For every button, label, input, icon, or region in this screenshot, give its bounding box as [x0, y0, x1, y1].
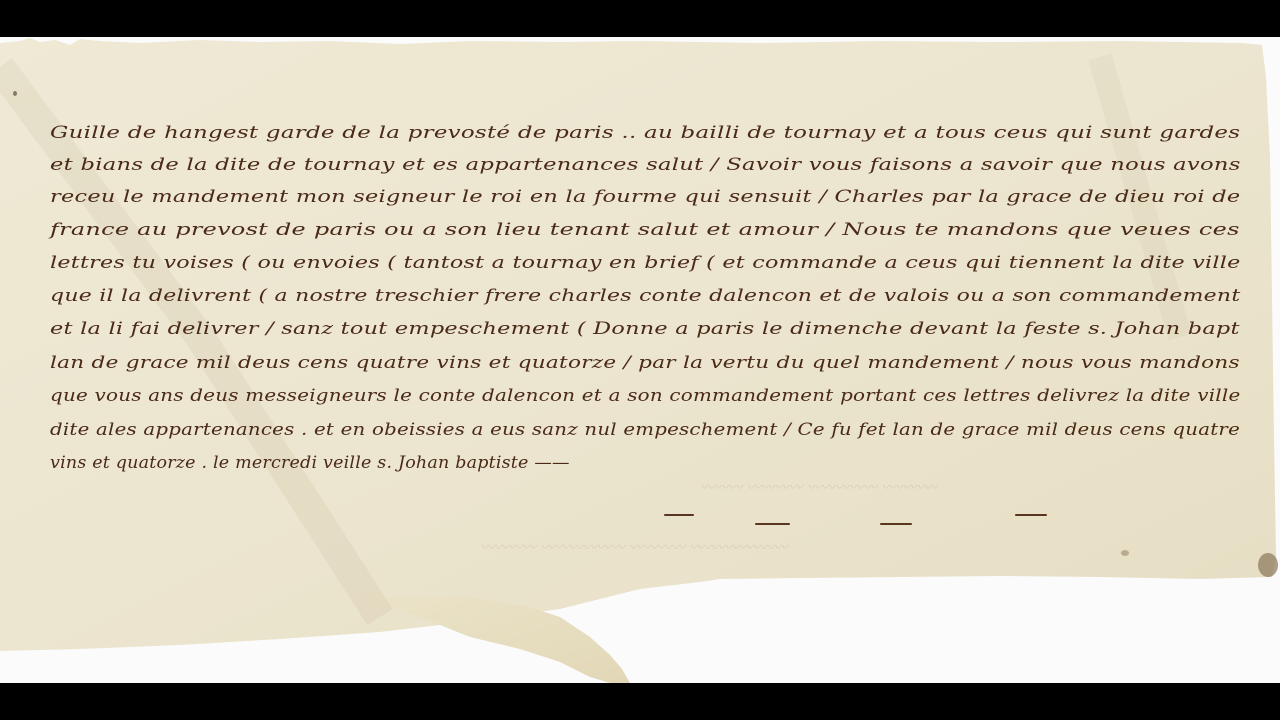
verso-show-through: 〰〰〰 〰〰〰〰 〰〰〰〰〰 〰〰〰〰 — [700, 477, 937, 497]
manuscript-line: vins et quatorze . le mercredi veille s.… — [50, 453, 570, 473]
manuscript-line: lettres tu voises ( ou envoies ( tantost… — [50, 253, 1241, 273]
manuscript-line: Guille de hangest garde de la prevosté d… — [50, 123, 1240, 143]
verso-show-through: 〰〰〰〰 〰〰〰〰〰〰 〰〰〰〰 〰〰〰〰〰〰〰 — [480, 537, 787, 557]
manuscript-line: receu le mandement mon seigneur le roi e… — [50, 187, 1240, 207]
manuscript-line: lan de grace mil deus cens quatre vins e… — [50, 353, 1240, 373]
manuscript-line: et bians de la dite de tournay et es app… — [50, 155, 1241, 175]
manuscript-line: dite ales appartenances . et en obeissie… — [50, 420, 1240, 440]
filler-dash — [880, 523, 912, 525]
image-stage: Guille de hangest garde de la prevosté d… — [0, 37, 1280, 683]
manuscript-line: que il la delivrent ( a nostre treschier… — [50, 286, 1240, 306]
manuscript-line: que vous ans deus messeigneurs le conte … — [50, 386, 1240, 406]
letterbox-bottom — [0, 683, 1280, 720]
filler-dash — [664, 514, 694, 516]
parchment-speck — [13, 91, 17, 96]
manuscript-line: france au prevost de paris ou a son lieu… — [50, 220, 1240, 240]
filler-dash — [755, 523, 790, 525]
manuscript-line: et la li fai delivrer / sanz tout empesc… — [50, 319, 1240, 339]
filler-dash — [1015, 514, 1047, 516]
letterbox-top — [0, 0, 1280, 37]
